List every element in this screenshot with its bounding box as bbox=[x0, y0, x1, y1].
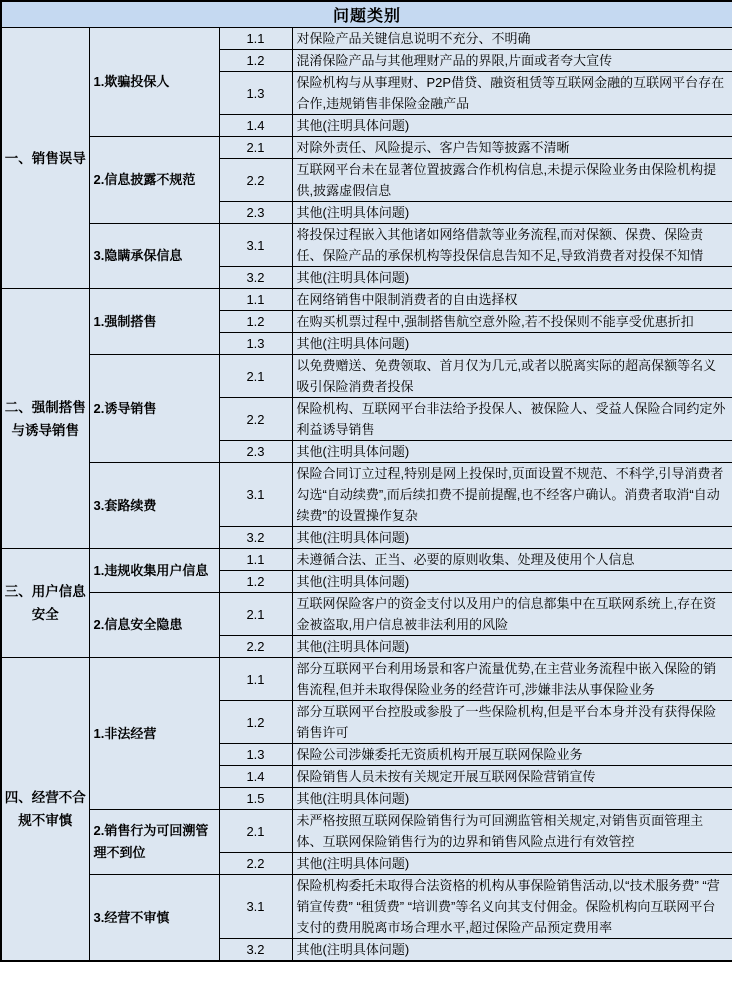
item-number-cell: 1.1 bbox=[219, 658, 292, 701]
item-number-cell: 2.3 bbox=[219, 202, 292, 224]
item-number-cell: 3.2 bbox=[219, 527, 292, 549]
item-description-cell: 其他(注明具体问题) bbox=[292, 939, 732, 962]
item-description-cell: 部分互联网平台控股或参股了一些保险机构,但是平台本身并没有获得保险销售许可 bbox=[292, 701, 732, 744]
subcategory-cell: 1.违规收集用户信息 bbox=[89, 549, 219, 593]
item-number-cell: 1.2 bbox=[219, 50, 292, 72]
table-header-row: 问题类别 bbox=[1, 1, 732, 28]
item-description-cell: 对保险产品关键信息说明不充分、不明确 bbox=[292, 28, 732, 50]
item-number-cell: 1.3 bbox=[219, 333, 292, 355]
item-number-cell: 1.4 bbox=[219, 766, 292, 788]
table-body: 一、销售误导1.欺骗投保人1.1对保险产品关键信息说明不充分、不明确1.2混淆保… bbox=[1, 28, 732, 962]
item-number-cell: 3.2 bbox=[219, 267, 292, 289]
item-description-cell: 未遵循合法、正当、必要的原则收集、处理及使用个人信息 bbox=[292, 549, 732, 571]
item-number-cell: 1.5 bbox=[219, 788, 292, 810]
item-number-cell: 3.1 bbox=[219, 224, 292, 267]
item-description-cell: 其他(注明具体问题) bbox=[292, 115, 732, 137]
item-description-cell: 其他(注明具体问题) bbox=[292, 527, 732, 549]
item-description-cell: 互联网保险客户的资金支付以及用户的信息都集中在互联网系统上,存在资金被盗取,用户… bbox=[292, 593, 732, 636]
subcategory-cell: 2.信息安全隐患 bbox=[89, 593, 219, 658]
item-description-cell: 保险销售人员未按有关规定开展互联网保险营销宣传 bbox=[292, 766, 732, 788]
table-row: 2.信息披露不规范2.1对除外责任、风险提示、客户告知等披露不清晰 bbox=[1, 137, 732, 159]
item-number-cell: 1.1 bbox=[219, 549, 292, 571]
item-description-cell: 其他(注明具体问题) bbox=[292, 267, 732, 289]
item-description-cell: 保险机构、互联网平台非法给予投保人、被保险人、受益人保险合同约定外利益诱导销售 bbox=[292, 398, 732, 441]
item-description-cell: 保险机构与从事理财、P2P借贷、融资租赁等互联网金融的互联网平台存在合作,违规销… bbox=[292, 72, 732, 115]
table-row: 2.诱导销售2.1以免费赠送、免费领取、首月仅为几元,或者以脱离实际的超高保额等… bbox=[1, 355, 732, 398]
table-row: 三、用户信息安全1.违规收集用户信息1.1未遵循合法、正当、必要的原则收集、处理… bbox=[1, 549, 732, 571]
item-number-cell: 3.1 bbox=[219, 463, 292, 527]
item-number-cell: 1.2 bbox=[219, 311, 292, 333]
item-description-cell: 未严格按照互联网保险销售行为可回溯监管相关规定,对销售页面管理主体、互联网保险销… bbox=[292, 810, 732, 853]
item-description-cell: 保险合同订立过程,特别是网上投保时,页面设置不规范、不科学,引导消费者勾选“自动… bbox=[292, 463, 732, 527]
table-row: 二、强制搭售与诱导销售1.强制搭售1.1在网络销售中限制消费者的自由选择权 bbox=[1, 289, 732, 311]
category-cell: 三、用户信息安全 bbox=[1, 549, 89, 658]
table-row: 2.信息安全隐患2.1互联网保险客户的资金支付以及用户的信息都集中在互联网系统上… bbox=[1, 593, 732, 636]
table-row: 3.套路续费3.1保险合同订立过程,特别是网上投保时,页面设置不规范、不科学,引… bbox=[1, 463, 732, 527]
subcategory-cell: 1.非法经营 bbox=[89, 658, 219, 810]
item-number-cell: 1.3 bbox=[219, 744, 292, 766]
subcategory-cell: 2.诱导销售 bbox=[89, 355, 219, 463]
item-description-cell: 其他(注明具体问题) bbox=[292, 202, 732, 224]
item-description-cell: 保险公司涉嫌委托无资质机构开展互联网保险业务 bbox=[292, 744, 732, 766]
item-number-cell: 1.4 bbox=[219, 115, 292, 137]
item-description-cell: 其他(注明具体问题) bbox=[292, 788, 732, 810]
item-number-cell: 2.1 bbox=[219, 810, 292, 853]
category-cell: 一、销售误导 bbox=[1, 28, 89, 289]
item-description-cell: 将投保过程嵌入其他诸如网络借款等业务流程,而对保额、保费、保险责任、保险产品的承… bbox=[292, 224, 732, 267]
item-number-cell: 1.2 bbox=[219, 571, 292, 593]
table-row: 3.隐瞒承保信息3.1将投保过程嵌入其他诸如网络借款等业务流程,而对保额、保费、… bbox=[1, 224, 732, 267]
item-number-cell: 1.1 bbox=[219, 28, 292, 50]
item-number-cell: 2.1 bbox=[219, 355, 292, 398]
item-description-cell: 在网络销售中限制消费者的自由选择权 bbox=[292, 289, 732, 311]
item-description-cell: 保险机构委托未取得合法资格的机构从事保险销售活动,以“技术服务费” “营销宣传费… bbox=[292, 875, 732, 939]
table-row: 四、经营不合规不审慎1.非法经营1.1部分互联网平台利用场景和客户流量优势,在主… bbox=[1, 658, 732, 701]
item-description-cell: 其他(注明具体问题) bbox=[292, 853, 732, 875]
item-number-cell: 3.1 bbox=[219, 875, 292, 939]
item-description-cell: 部分互联网平台利用场景和客户流量优势,在主营业务流程中嵌入保险的销售流程,但并未… bbox=[292, 658, 732, 701]
item-description-cell: 其他(注明具体问题) bbox=[292, 333, 732, 355]
item-number-cell: 2.2 bbox=[219, 853, 292, 875]
category-cell: 四、经营不合规不审慎 bbox=[1, 658, 89, 962]
item-description-cell: 其他(注明具体问题) bbox=[292, 571, 732, 593]
item-description-cell: 在购买机票过程中,强制搭售航空意外险,若不投保则不能享受优惠折扣 bbox=[292, 311, 732, 333]
item-description-cell: 混淆保险产品与其他理财产品的界限,片面或者夸大宣传 bbox=[292, 50, 732, 72]
item-number-cell: 2.1 bbox=[219, 593, 292, 636]
item-description-cell: 其他(注明具体问题) bbox=[292, 636, 732, 658]
category-cell: 二、强制搭售与诱导销售 bbox=[1, 289, 89, 549]
subcategory-cell: 1.强制搭售 bbox=[89, 289, 219, 355]
item-number-cell: 2.2 bbox=[219, 636, 292, 658]
item-description-cell: 其他(注明具体问题) bbox=[292, 441, 732, 463]
subcategory-cell: 3.经营不审慎 bbox=[89, 875, 219, 962]
item-number-cell: 2.2 bbox=[219, 398, 292, 441]
item-number-cell: 3.2 bbox=[219, 939, 292, 962]
subcategory-cell: 2.销售行为可回溯管理不到位 bbox=[89, 810, 219, 875]
item-number-cell: 2.3 bbox=[219, 441, 292, 463]
item-number-cell: 2.2 bbox=[219, 159, 292, 202]
item-number-cell: 2.1 bbox=[219, 137, 292, 159]
table-row: 2.销售行为可回溯管理不到位2.1未严格按照互联网保险销售行为可回溯监管相关规定… bbox=[1, 810, 732, 853]
subcategory-cell: 2.信息披露不规范 bbox=[89, 137, 219, 224]
table-title: 问题类别 bbox=[1, 1, 732, 28]
table-row: 一、销售误导1.欺骗投保人1.1对保险产品关键信息说明不充分、不明确 bbox=[1, 28, 732, 50]
subcategory-cell: 3.隐瞒承保信息 bbox=[89, 224, 219, 289]
item-description-cell: 以免费赠送、免费领取、首月仅为几元,或者以脱离实际的超高保额等名义吸引保险消费者… bbox=[292, 355, 732, 398]
subcategory-cell: 3.套路续费 bbox=[89, 463, 219, 549]
table-row: 3.经营不审慎3.1保险机构委托未取得合法资格的机构从事保险销售活动,以“技术服… bbox=[1, 875, 732, 939]
item-description-cell: 对除外责任、风险提示、客户告知等披露不清晰 bbox=[292, 137, 732, 159]
item-description-cell: 互联网平台未在显著位置披露合作机构信息,未提示保险业务由保险机构提供,披露虚假信… bbox=[292, 159, 732, 202]
problem-category-table: 问题类别 一、销售误导1.欺骗投保人1.1对保险产品关键信息说明不充分、不明确1… bbox=[0, 0, 732, 962]
item-number-cell: 1.1 bbox=[219, 289, 292, 311]
item-number-cell: 1.2 bbox=[219, 701, 292, 744]
subcategory-cell: 1.欺骗投保人 bbox=[89, 28, 219, 137]
item-number-cell: 1.3 bbox=[219, 72, 292, 115]
